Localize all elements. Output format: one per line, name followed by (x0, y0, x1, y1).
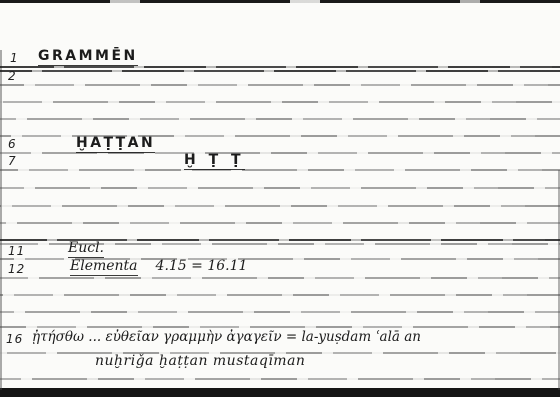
index-card: 1 GRAMMĒN 2 6 ḪAṬṬAN 7 Ḫ Ṭ Ṭ 11 Eucl. 12… (0, 0, 560, 397)
ruled-line (0, 205, 560, 207)
ruled-line (0, 294, 560, 296)
line-number-16: 16 (6, 332, 23, 346)
card-bottom-edge (0, 388, 560, 397)
ruled-line (0, 70, 560, 72)
line-number-6: 6 (8, 137, 17, 151)
line-number-11: 11 (8, 244, 25, 258)
line-number-12: 12 (8, 262, 25, 276)
entry-elementa-reference: 4.15 = 16.11 (156, 258, 248, 274)
ruled-line (0, 169, 560, 171)
ruled-line (0, 311, 560, 313)
line-number-2: 2 (8, 69, 17, 83)
entry-elementa-text: Elementa (70, 258, 138, 276)
headword-hattan: ḪAṬṬAN (76, 135, 155, 151)
ruled-line (0, 222, 560, 224)
headword-hattan-text: ḪAṬṬAN (76, 135, 155, 153)
ruled-line (0, 66, 560, 68)
line-number-7: 7 (8, 154, 17, 168)
headword-htt: Ḫ Ṭ Ṭ (184, 152, 245, 168)
ruled-line (0, 101, 560, 103)
ruled-line (0, 187, 560, 189)
entry-eucl-text: Eucl. (68, 240, 104, 258)
ruled-line (0, 277, 560, 279)
entry-elementa: Elementa4.15 = 16.11 (70, 258, 247, 274)
headword-grammen: GRAMMĒN (38, 48, 138, 64)
entry-16-line2: nuḫriǧa ḫaṭṭan mustaqīman (95, 353, 305, 369)
entry-16-line1: ᾐτήσθω ... εὐθεῖαν γραμμὴν ἀγαγεῖν = la-… (32, 329, 421, 345)
ruled-line (0, 378, 560, 380)
ruled-line (0, 118, 560, 120)
line-number-1: 1 (10, 51, 19, 65)
ruled-line (0, 326, 560, 328)
headword-grammen-text: GRAMMĒN (38, 48, 138, 66)
card-top-edge (0, 0, 560, 3)
entry-eucl: Eucl. (68, 240, 104, 256)
headword-htt-text: Ḫ Ṭ Ṭ (184, 152, 245, 170)
ruled-line (0, 84, 560, 86)
